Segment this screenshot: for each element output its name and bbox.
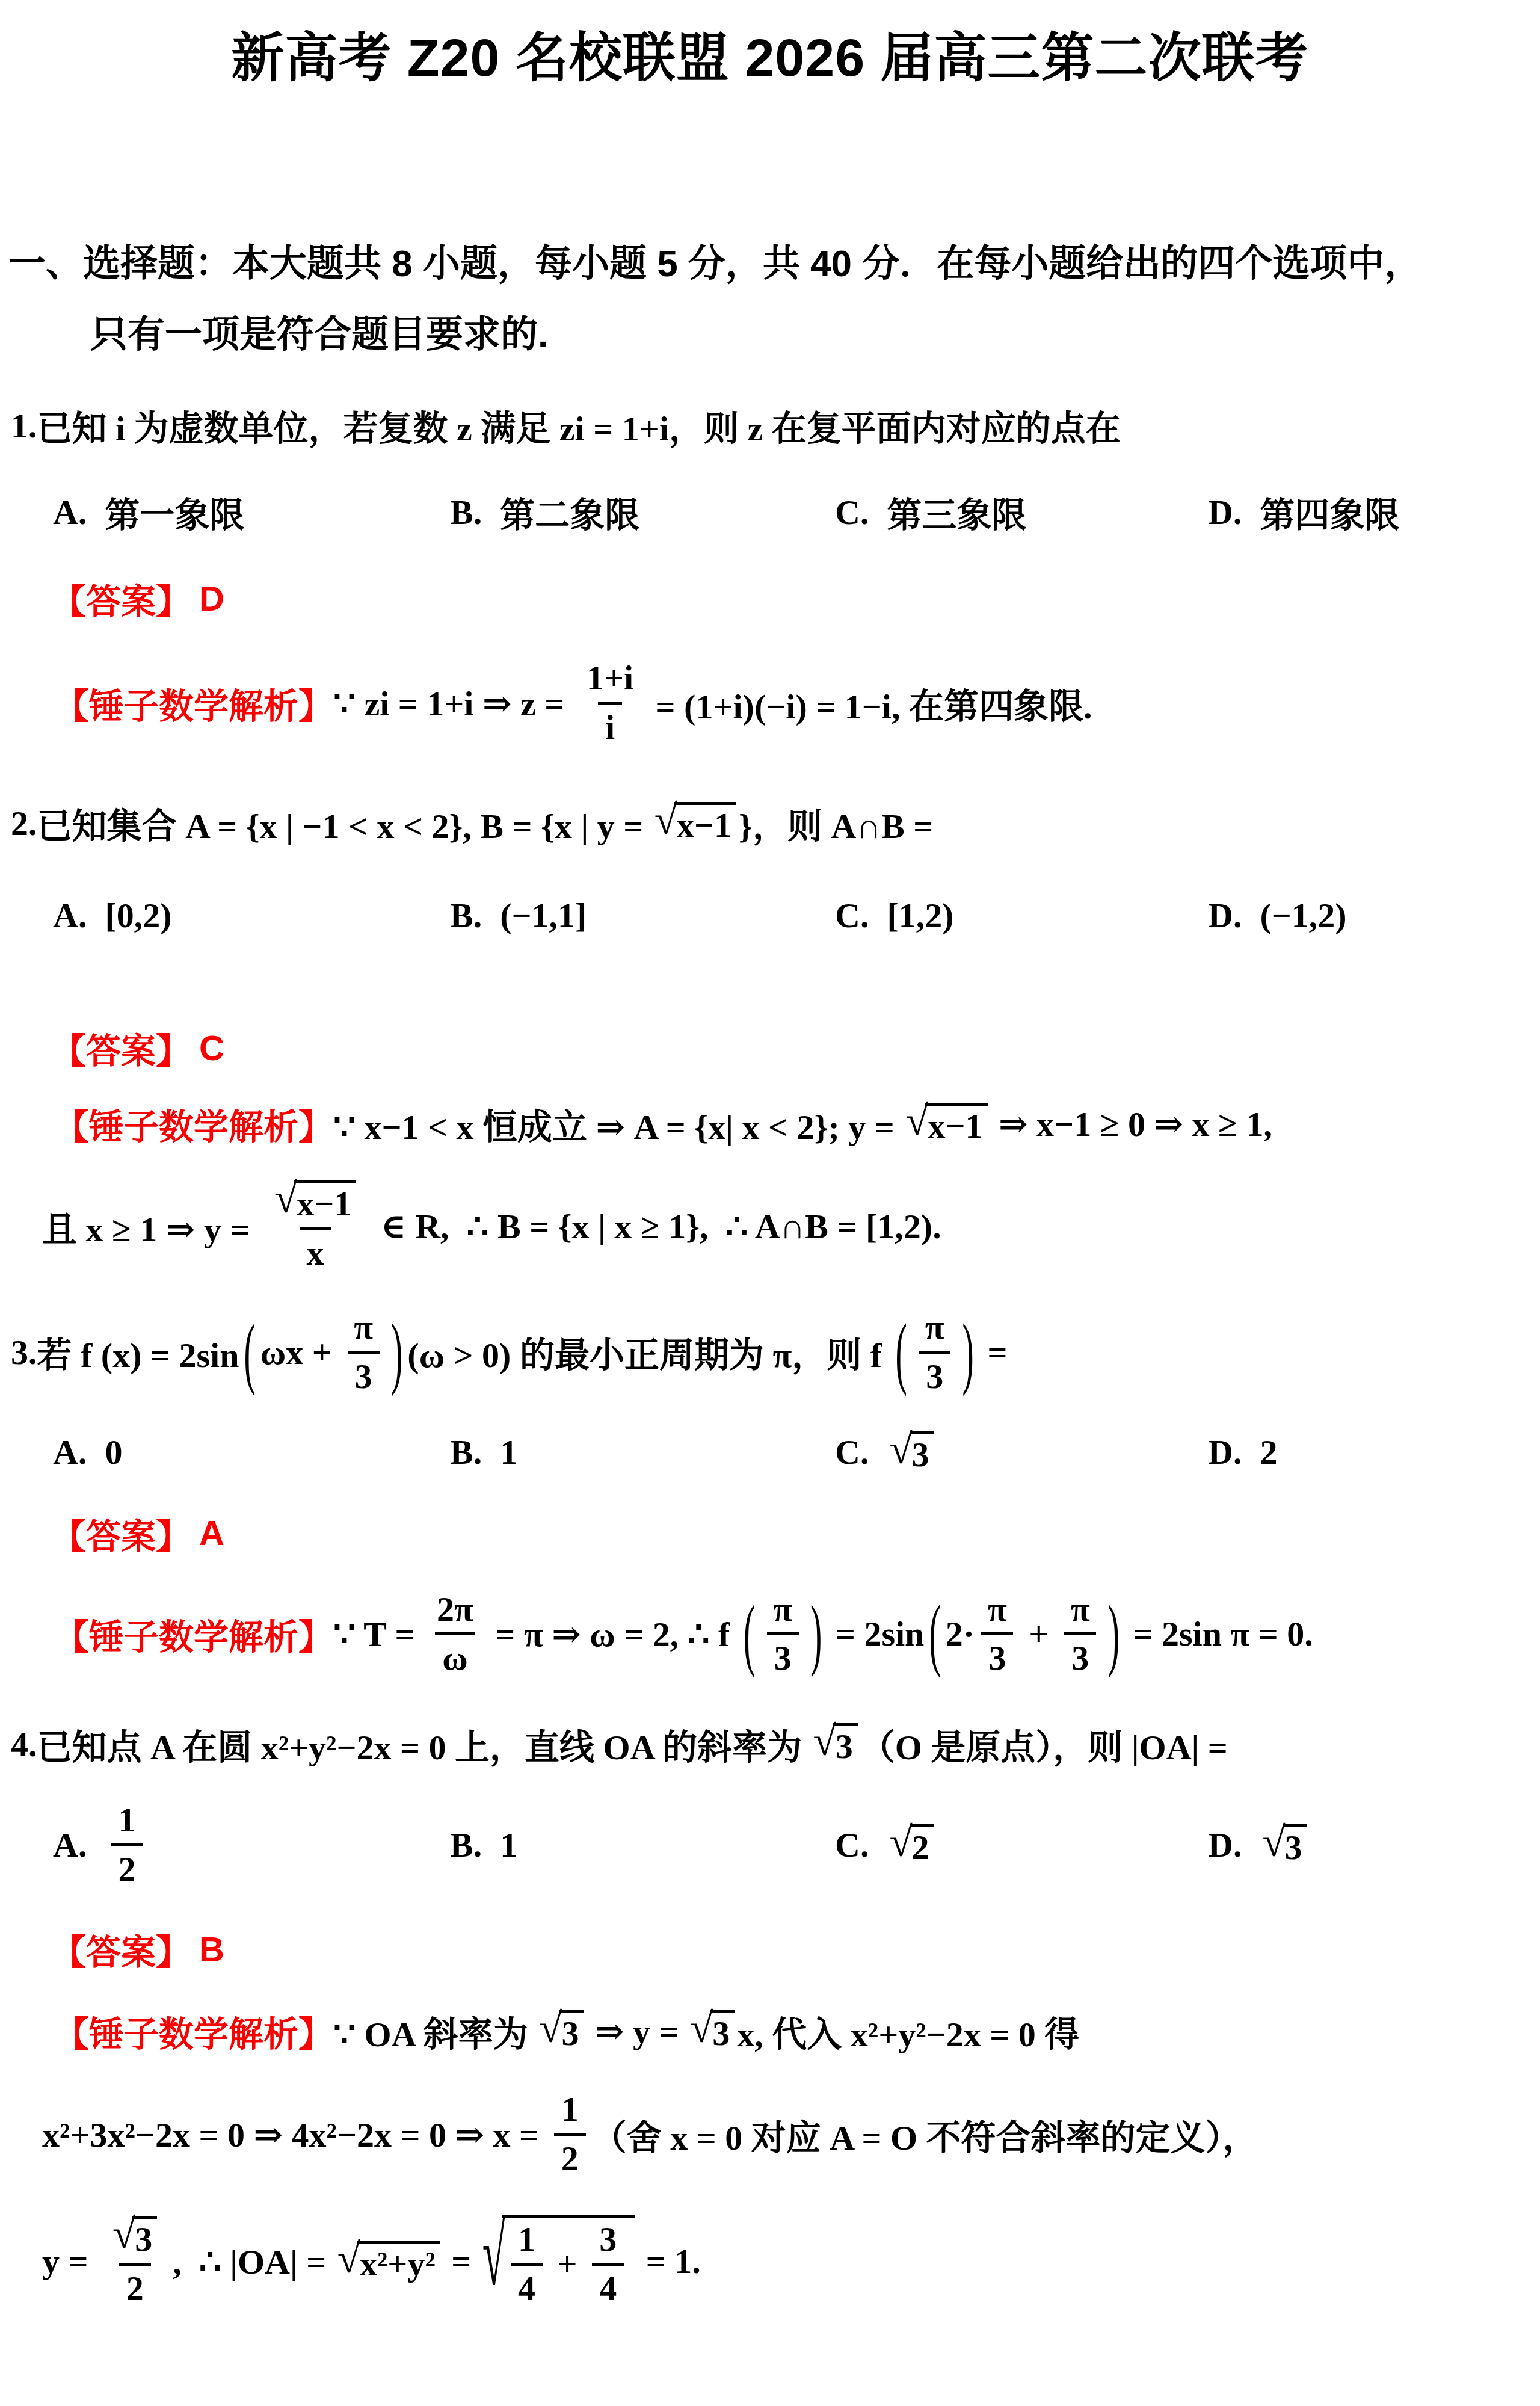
q4-option-a: A.12	[53, 1801, 450, 1889]
radical-symbol: √	[1262, 1823, 1285, 1863]
q3-answer-letter: A	[199, 1513, 224, 1553]
q4-sol3-sqrt-plus: +	[549, 2246, 586, 2283]
q1-option-c-label: C.	[835, 492, 869, 532]
q4-sol3-pre: y =	[42, 2241, 97, 2281]
q4-sol1-mid: ⇒ y =	[586, 2011, 688, 2052]
q1-option-d: D.第四象限	[1208, 487, 1540, 537]
section-header-line1: 一、选择题：本大题共 8 小题，每小题 5 分，共 40 分．在每小题给出的四个…	[0, 242, 1540, 286]
fraction: 12	[111, 1801, 143, 1889]
q4-option-d-label: D.	[1208, 1825, 1242, 1865]
q3-sol-pre: ∵ T =	[333, 1614, 423, 1655]
fraction-numerator: 1+i	[579, 659, 641, 702]
q3-answer-label: 【答案】	[51, 1508, 191, 1559]
radicand: 3	[910, 1431, 934, 1473]
q3-option-a-text: 0	[105, 1432, 122, 1472]
q3-option-d-label: D.	[1208, 1432, 1242, 1472]
q2-solution-line1: 【锤子数学解析】∵ x−1 < x 恒成立 ⇒ A = {x| x < 2}; …	[0, 1099, 1540, 1149]
left-paren: (	[929, 1588, 940, 1680]
q2-sol2-post: ∈ R, ∴ B = {x | x ≥ 1}, ∴ A∩B = [1,2).	[372, 1206, 941, 1247]
radicand: x²+y²	[357, 2241, 440, 2283]
fraction-denominator: 4	[511, 2263, 543, 2309]
q3-analysis-label: 【锤子数学解析】	[54, 1609, 333, 1659]
fraction: π3	[918, 1308, 952, 1396]
q3-option-b-label: B.	[450, 1432, 482, 1472]
sqrt: √x−1	[654, 802, 736, 844]
radical-symbol: √	[813, 1722, 836, 1762]
q3-sol-mid1: = π ⇒ ω = 2, ∴ f	[487, 1614, 739, 1655]
q4-analysis-label: 【锤子数学解析】	[54, 2006, 333, 2056]
q1-answer-letter: D	[199, 579, 224, 619]
sqrt: √3	[1262, 1824, 1307, 1866]
q2-option-d-text: (−1,2)	[1260, 895, 1346, 936]
fraction-denominator: 3	[1064, 1632, 1096, 1678]
fraction-denominator: i	[598, 702, 622, 747]
q2-answer-label: 【答案】	[51, 1023, 191, 1073]
q1-number: 1.	[11, 406, 37, 446]
fraction: 14	[511, 2220, 543, 2309]
fraction-numerator: 2π	[430, 1590, 481, 1633]
q2-number: 2.	[11, 803, 37, 844]
radicand: 2	[910, 1824, 934, 1866]
q3-option-b-text: 1	[500, 1432, 517, 1472]
q3-sol-mid2: = 2sin	[827, 1614, 924, 1654]
left-paren: (	[896, 1306, 907, 1398]
right-paren: )	[1108, 1588, 1120, 1680]
sqrt: √3	[690, 2010, 735, 2052]
sqrt: √x−1	[274, 1180, 356, 1223]
right-paren: )	[391, 1306, 402, 1398]
q4-sol1-post: x, 代入 x²+y²−2x = 0 得	[737, 2006, 1079, 2056]
q3-stem-mid: (ω > 0) 的最小正周期为 π，则 f	[407, 1327, 890, 1377]
q2-option-c-label: C.	[835, 895, 869, 936]
q3-sol-inner-pre: 2·	[946, 1614, 975, 1654]
fraction: √32	[103, 2215, 167, 2309]
q4-answer: 【答案】B	[0, 1924, 1540, 1975]
q1-option-c-text: 第三象限	[887, 487, 1026, 537]
q2-sol2-pre: 且 x ≥ 1 ⇒ y =	[42, 1201, 259, 1251]
q4-sol2-pre: x²+3x²−2x = 0 ⇒ 4x²−2x = 0 ⇒ x =	[42, 2114, 548, 2155]
fraction-numerator: π	[1064, 1590, 1097, 1633]
q1-options: A.第一象限 B.第二象限 C.第三象限 D.第四象限	[0, 487, 1540, 537]
q3-stem-pre: 若 f (x) = 2sin	[37, 1327, 239, 1377]
q4-stem-post: （O 是原点），则 |OA| =	[860, 1719, 1228, 1769]
radical-symbol: √	[889, 1823, 912, 1863]
fraction-numerator: 1	[554, 2090, 586, 2133]
page-title: 新高考 Z20 名校联盟 2026 届高三第二次联考	[0, 0, 1540, 91]
q1-stem: 1.已知 i 为虚数单位，若复数 z 满足 zi = 1+i，则 z 在复平面内…	[0, 400, 1540, 451]
q2-option-b: B.(−1,1]	[450, 895, 835, 936]
q1-answer: 【答案】D	[0, 573, 1540, 624]
q1-option-a: A.第一象限	[53, 487, 450, 537]
q3-option-d-text: 2	[1260, 1432, 1277, 1472]
q1-solution: 【锤子数学解析】∵ zi = 1+i ⇒ z = 1+ii = (1+i)(−i…	[0, 659, 1540, 747]
q1-answer-label: 【答案】	[51, 573, 191, 624]
sqrt: √3	[539, 2010, 584, 2052]
fraction-denominator: 3	[981, 1632, 1013, 1678]
q1-option-a-label: A.	[53, 492, 87, 532]
q2-options: A.[0,2) B.(−1,1] C.[1,2) D.(−1,2)	[0, 895, 1540, 936]
fraction-numerator: π	[981, 1590, 1014, 1633]
q2-answer-letter: C	[199, 1028, 224, 1069]
q4-option-c-label: C.	[835, 1825, 869, 1865]
q3-answer: 【答案】A	[0, 1508, 1540, 1559]
fraction-denominator: x	[300, 1227, 331, 1273]
fraction-denominator: 2	[119, 2263, 151, 2309]
q4-answer-label: 【答案】	[51, 1924, 191, 1975]
fraction-numerator: π	[766, 1590, 799, 1633]
q2-option-d: D.(−1,2)	[1208, 895, 1540, 936]
right-paren: )	[810, 1588, 822, 1680]
q2-stem-post: }，则 A∩B =	[739, 798, 933, 848]
fraction-denominator: 2	[554, 2133, 586, 2179]
q4-options: A.12 B.1 C.√2 D.√3	[0, 1801, 1540, 1889]
fraction: π3	[766, 1590, 799, 1679]
fraction-denominator: 4	[592, 2263, 624, 2309]
q4-answer-letter: B	[199, 1929, 224, 1970]
q4-solution-line2: x²+3x²−2x = 0 ⇒ 4x²−2x = 0 ⇒ x = 12（舍 x …	[0, 2090, 1540, 2179]
fraction-denominator: 3	[767, 1632, 799, 1678]
q4-sol2-post: （舍 x = 0 对应 A = O 不符合斜率的定义），	[592, 2109, 1258, 2160]
fraction-numerator: π	[346, 1308, 380, 1351]
q2-stem: 2.已知集合 A = {x | −1 < x < 2}, B = {x | y …	[0, 798, 1540, 848]
radicand: 3	[710, 2010, 735, 2052]
q2-solution-line2: 且 x ≥ 1 ⇒ y = √x−1x ∈ R, ∴ B = {x | x ≥ …	[0, 1179, 1540, 1273]
q3-option-b: B.1	[450, 1432, 835, 1472]
q2-sol1-pre: ∵ x−1 < x 恒成立 ⇒ A = {x| x < 2}; y =	[333, 1099, 903, 1149]
fraction: 34	[592, 2220, 624, 2309]
sqrt: √3	[112, 2216, 157, 2258]
q1-option-b-label: B.	[450, 492, 482, 532]
radical-symbol: √	[337, 2239, 360, 2279]
q4-stem: 4.已知点 A 在圆 x²+y²−2x = 0 上，直线 OA 的斜率为 √3（…	[0, 1719, 1540, 1769]
radicand: 3	[559, 2010, 584, 2052]
sqrt: √x−1	[905, 1103, 987, 1145]
q4-sol1-pre: ∵ OA 斜率为	[333, 2006, 537, 2056]
fraction-numerator: 1	[111, 1801, 143, 1843]
fraction: π3	[346, 1308, 380, 1396]
q4-number: 4.	[11, 1724, 37, 1765]
radical-symbol: √	[539, 2009, 562, 2049]
sqrt: √14 + 34	[482, 2215, 635, 2309]
q3-option-a: A.0	[53, 1432, 450, 1472]
left-paren: (	[244, 1306, 255, 1398]
radicand: 3	[833, 1723, 858, 1765]
q2-analysis-label: 【锤子数学解析】	[54, 1099, 333, 1149]
q4-sol3-post: = 1.	[637, 2241, 701, 2281]
q4-stem-pre: 已知点 A 在圆 x²+y²−2x = 0 上，直线 OA 的斜率为	[37, 1719, 811, 1769]
radical-symbol: √	[889, 1430, 912, 1470]
q3-option-c: C.√3	[835, 1431, 1208, 1473]
q4-option-a-label: A.	[53, 1825, 87, 1865]
q1-sol-pre: ∵ zi = 1+i ⇒ z =	[333, 683, 573, 724]
radicand: 3	[1283, 1824, 1307, 1866]
radicand: x−1	[294, 1180, 356, 1223]
q3-option-d: D.2	[1208, 1432, 1540, 1472]
radical-symbol: √	[274, 1179, 297, 1219]
fraction: 12	[554, 2090, 586, 2179]
q3-paren-arg-pre: ωx +	[260, 1332, 340, 1372]
q2-option-a: A.[0,2)	[53, 895, 450, 936]
q2-stem-pre: 已知集合 A = {x | −1 < x < 2}, B = {x | y =	[37, 798, 652, 848]
radical-symbol: √	[112, 2215, 135, 2254]
q3-option-c-label: C.	[835, 1432, 869, 1472]
radicand: x−1	[674, 802, 736, 844]
q1-option-d-text: 第四象限	[1260, 487, 1399, 537]
q2-option-a-text: [0,2)	[105, 895, 171, 936]
q4-solution-line1: 【锤子数学解析】∵ OA 斜率为 √3 ⇒ y = √3x, 代入 x²+y²−…	[0, 2006, 1540, 2056]
q4-option-b-label: B.	[450, 1825, 482, 1865]
q4-option-d: D.√3	[1208, 1824, 1540, 1866]
radical-symbol: √	[690, 2009, 713, 2049]
fraction-numerator: 1	[511, 2220, 543, 2263]
radicand: 14 + 34	[502, 2215, 635, 2309]
exam-page: { "page": {"bg": "#ffffff", "text_color"…	[0, 0, 1540, 2406]
radicand: x−1	[925, 1103, 987, 1145]
sqrt: √x²+y²	[337, 2241, 440, 2283]
fraction-numerator: √x−1	[265, 1179, 366, 1227]
fraction: 1+ii	[579, 659, 641, 747]
q3-stem: 3.若 f (x) = 2sin(ωx + π3)(ω > 0) 的最小正周期为…	[0, 1308, 1540, 1396]
radicand: 3	[132, 2216, 157, 2258]
q4-solution-line3: y = √32, ∴ |OA| = √x²+y² = √14 + 34 = 1.	[0, 2215, 1540, 2309]
fraction-denominator: 3	[348, 1351, 380, 1396]
q1-option-b: B.第二象限	[450, 487, 835, 537]
sqrt: √3	[889, 1431, 934, 1473]
q4-option-b: B.1	[450, 1825, 835, 1865]
q2-option-c-text: [1,2)	[887, 895, 953, 936]
fraction: π3	[1064, 1590, 1097, 1679]
q3-stem-end: =	[979, 1332, 1008, 1372]
q4-option-b-text: 1	[500, 1825, 517, 1865]
q3-sol-post: = 2sin π = 0.	[1124, 1614, 1313, 1654]
q2-option-b-text: (−1,1]	[500, 895, 587, 936]
sqrt: √2	[889, 1824, 934, 1866]
q1-option-c: C.第三象限	[835, 487, 1208, 537]
q1-sol-post: = (1+i)(−i) = 1−i, 在第四象限.	[647, 678, 1092, 729]
q1-option-d-label: D.	[1208, 492, 1242, 532]
q3-number: 3.	[11, 1332, 37, 1372]
fraction-numerator: π	[918, 1308, 952, 1351]
q2-option-a-label: A.	[53, 895, 87, 936]
right-paren: )	[962, 1306, 974, 1398]
fraction: 2πω	[430, 1590, 481, 1679]
radical-symbol: √	[905, 1102, 928, 1141]
q2-option-d-label: D.	[1208, 895, 1242, 936]
fraction-numerator: 3	[592, 2220, 624, 2263]
radical-symbol: √	[654, 801, 677, 841]
q3-solution: 【锤子数学解析】∵ T = 2πω = π ⇒ ω = 2, ∴ f (π3) …	[0, 1590, 1540, 1679]
left-paren: (	[744, 1588, 755, 1680]
q1-stem-text: 已知 i 为虚数单位，若复数 z 满足 zi = 1+i，则 z 在复平面内对应…	[37, 400, 1121, 451]
q2-option-b-label: B.	[450, 895, 482, 936]
fraction: √x−1x	[265, 1179, 366, 1273]
fraction-denominator: ω	[435, 1632, 475, 1678]
q3-sol-inner-plus: +	[1020, 1614, 1058, 1654]
radical-symbol: √	[482, 2215, 505, 2298]
q3-option-a-label: A.	[53, 1432, 87, 1472]
q1-analysis-label: 【锤子数学解析】	[54, 678, 333, 729]
section-header-line2: 只有一项是符合题目要求的.	[0, 313, 1540, 357]
sqrt: √3	[813, 1723, 857, 1765]
q1-option-b-text: 第二象限	[500, 487, 639, 537]
q4-option-c: C.√2	[835, 1824, 1208, 1866]
fraction: π3	[981, 1590, 1014, 1679]
q4-sol3-mid1: , ∴ |OA| =	[173, 2241, 335, 2282]
fraction-denominator: 3	[919, 1351, 950, 1396]
q3-options: A.0 B.1 C.√3 D.2	[0, 1431, 1540, 1473]
q1-option-a-text: 第一象限	[105, 487, 244, 537]
q2-sol1-post: ⇒ x−1 ≥ 0 ⇒ x ≥ 1,	[990, 1103, 1272, 1144]
fraction-numerator: √3	[103, 2215, 167, 2263]
q2-answer: 【答案】C	[0, 1023, 1540, 1073]
q4-sol3-mid2: =	[443, 2241, 480, 2281]
q2-option-c: C.[1,2)	[835, 895, 1208, 936]
fraction-denominator: 2	[111, 1843, 143, 1889]
